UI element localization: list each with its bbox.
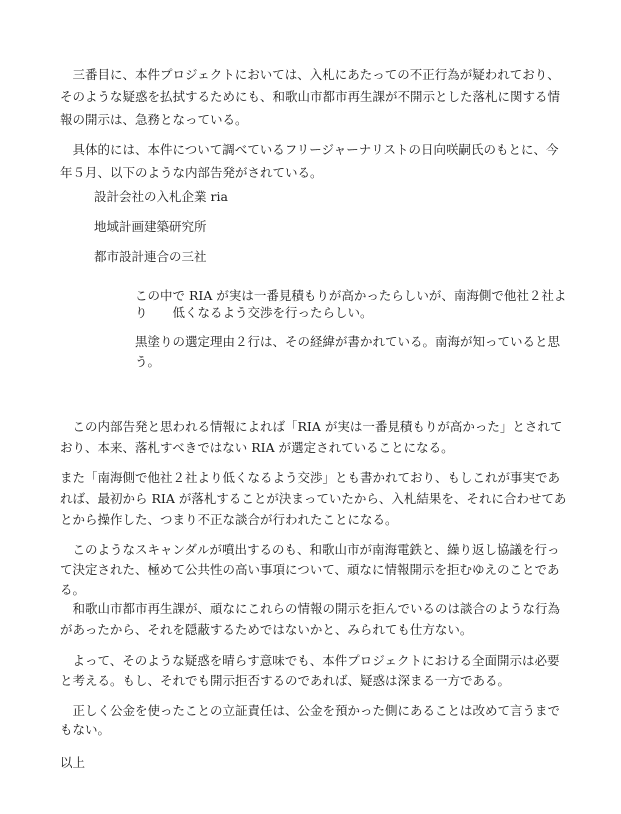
paragraph-3-line-2: おり、本来、落札すべきではない RIA が選定されていることになる。	[60, 437, 454, 460]
paragraph-3-line-1: この内部告発と思われる情報によれば「RIA が実は一番見積もりが高かった」とされ…	[60, 416, 562, 439]
paragraph-4-line-1: また「南海側で他社２社より低くなるよう交渉」とも書かれており、もしこれが事実であ	[60, 467, 560, 490]
paragraph-5-line-2: て決定された、極めて公共性の高い事項について、頑なに情報開示を拒むゆえのことであ	[60, 559, 560, 582]
closing-text: 以上	[60, 752, 85, 775]
paragraph-6-line-1: 和歌山市都市再生課が、頑なにこれらの情報の開示を拒んでいるのは談合のような行為	[60, 598, 560, 621]
note-2-line-1: 黒塗りの選定理由２行は、その経緯が書かれている。南海が知っていると思	[135, 331, 560, 354]
paragraph-1-line-3: 報の開示は、急務となっている。	[60, 109, 248, 132]
note-2-line-2: う。	[135, 351, 160, 374]
company-item-1: 設計会社の入札企業 ria	[94, 186, 228, 209]
paragraph-8-line-1: 正しく公金を使ったことの立証責任は、公金を預かった側にあることは改めて言うまで	[60, 700, 560, 723]
paragraph-2-line-2: 年５月、以下のような内部告発がされている。	[60, 162, 323, 185]
paragraph-7-line-2: と考える。もし、それでも開示拒否するのであれば、疑惑は深まる一方である。	[60, 670, 510, 693]
paragraph-4-line-3: とから操作した、つまり不正な談合が行われたことになる。	[60, 509, 398, 532]
paragraph-2-line-1: 具体的には、本件について調べているフリージャーナリストの日向咲嗣氏のもとに、今	[60, 139, 559, 162]
paragraph-1-line-2: そのような疑惑を払拭するためにも、和歌山市都市再生課が不開示とした落札に関する情	[60, 86, 560, 109]
paragraph-6-line-2: があったから、それを隠蔽するためではないかと、みられても仕方ない。	[60, 619, 472, 642]
paragraph-4-line-2: れば、最初から RIA が落札することが決まっていたから、入札結果を、それに合わ…	[60, 488, 566, 511]
company-item-2: 地域計画建築研究所	[94, 216, 207, 239]
company-item-3: 都市設計連合の三社	[94, 246, 207, 269]
paragraph-8-line-2: もない。	[60, 719, 110, 742]
note-1-line-2: り 低くなるよう交渉を行ったらしい。	[135, 302, 373, 325]
paragraph-1-line-1: 三番目に、本件プロジェクトにおいては、入札にあたっての不正行為が疑われており、	[60, 64, 560, 87]
